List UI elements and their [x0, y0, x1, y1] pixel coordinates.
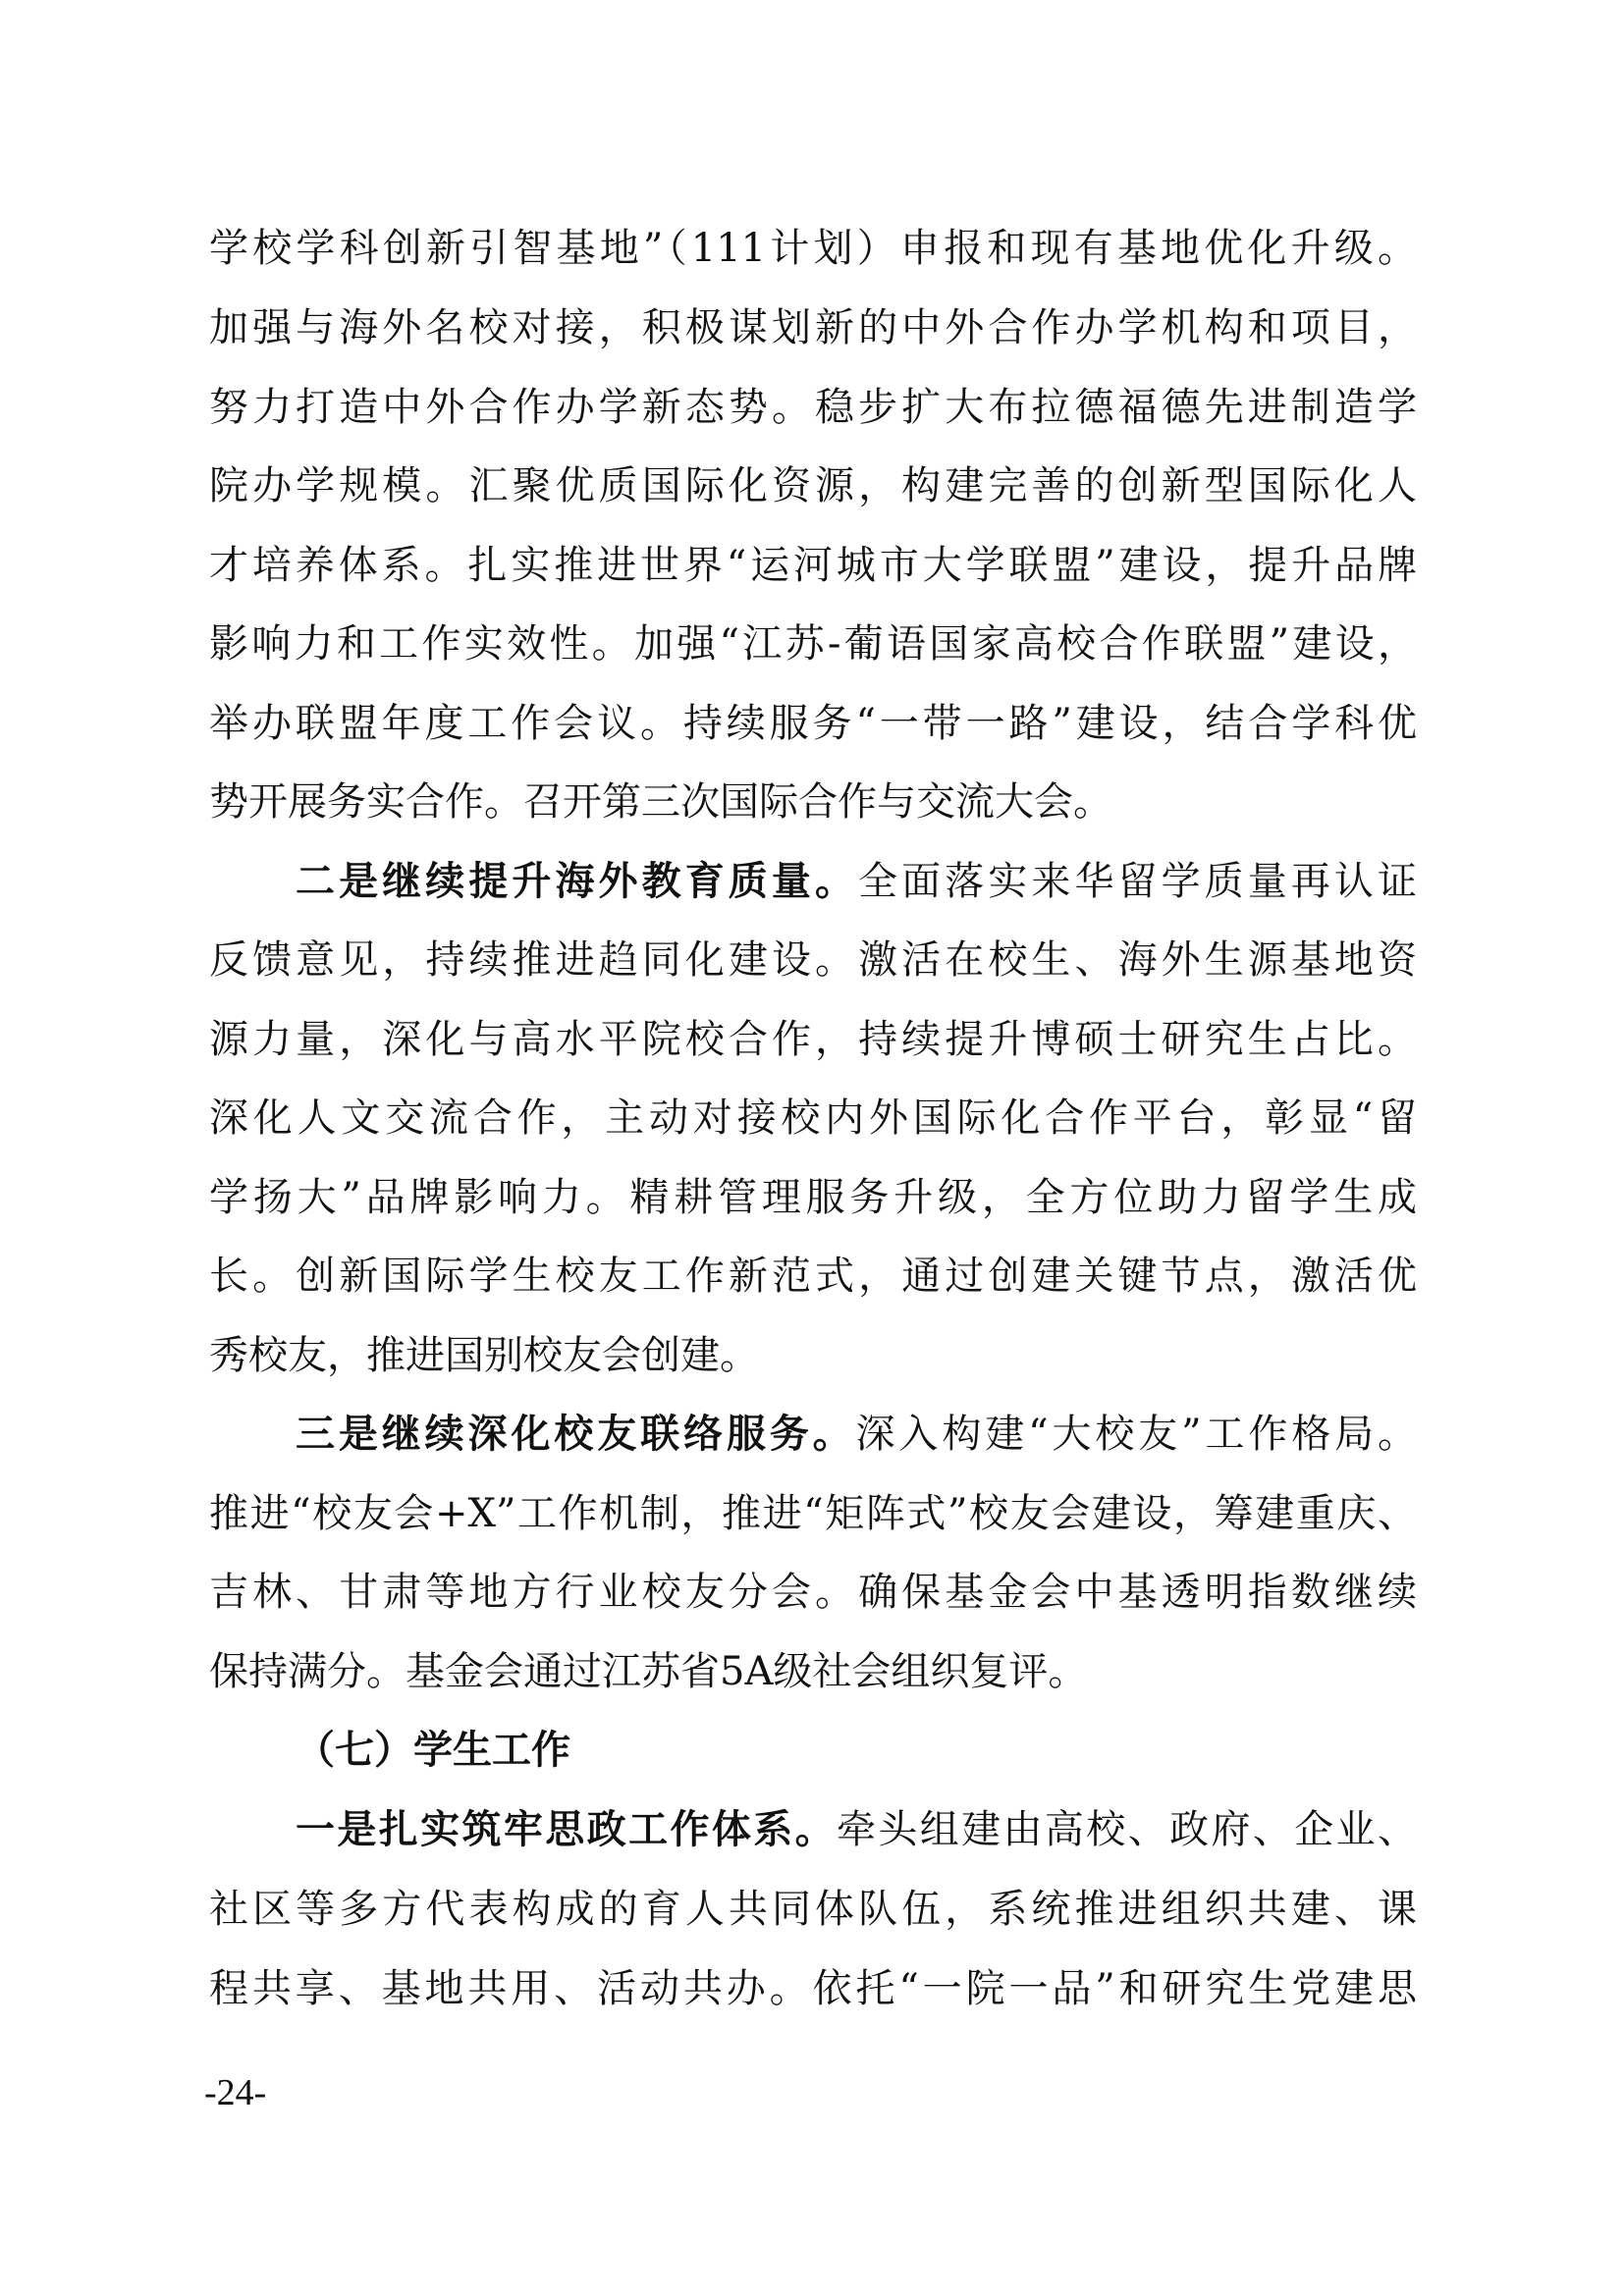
- paragraph-text: 全面落实来华留学质量再认证: [858, 859, 1417, 904]
- body-line: 反馈意见，持续推进趋同化建设。激活在校生、海外生源基地资: [209, 921, 1417, 999]
- paragraph-text: 牵头组建由高校、政府、企业、: [837, 1807, 1417, 1852]
- body-line: 学扬大”品牌影响力。精耕管理服务升级，全方位助力留学生成: [209, 1158, 1417, 1237]
- body-line: 学校学科创新引智基地”（111计划）申报和现有基地优化升级。: [209, 209, 1417, 288]
- body-line: 加强与海外名校对接，积极谋划新的中外合作办学机构和项目，: [209, 289, 1417, 367]
- paragraph-lead-bold: 一是扎实筑牢思政工作体系。: [296, 1807, 837, 1852]
- paragraph-lead-bold: 三是继续深化校友联络服务。: [296, 1412, 856, 1457]
- paragraph-first-line: 一是扎实筑牢思政工作体系。牵头组建由高校、政府、企业、: [296, 1790, 1417, 1869]
- body-line: 努力打造中外合作办学新态势。稳步扩大布拉德福德先进制造学: [209, 368, 1417, 447]
- paragraph-first-line: 三是继续深化校友联络服务。深入构建“大校友”工作格局。: [296, 1395, 1417, 1473]
- section-heading: （七）学生工作: [296, 1711, 1417, 1789]
- body-line: 推进“校友会+X”工作机制，推进“矩阵式”校友会建设，筹建重庆、: [209, 1474, 1417, 1553]
- body-line: 院办学规模。汇聚优质国际化资源，构建完善的创新型国际化人: [209, 447, 1417, 525]
- body-line: 长。创新国际学生校友工作新范式，通过创建关键节点，激活优: [209, 1237, 1417, 1315]
- document-page: 学校学科创新引智基地”（111计划）申报和现有基地优化升级。 加强与海外名校对接…: [0, 0, 1624, 2296]
- body-line: 社区等多方代表构成的育人共同体队伍，系统推进组织共建、课: [209, 1870, 1417, 1949]
- paragraph-first-line: 二是继续提升海外教育质量。全面落实来华留学质量再认证: [296, 842, 1417, 921]
- body-line: 影响力和工作实效性。加强“江苏-葡语国家高校合作联盟”建设，: [209, 605, 1417, 683]
- page-number: -24-: [204, 2073, 266, 2112]
- body-line: 源力量，深化与高水平院校合作，持续提升博硕士研究生占比。: [209, 1000, 1417, 1079]
- body-line: 秀校友，推进国别校友会创建。: [209, 1316, 1417, 1395]
- body-line: 才培养体系。扎实推进世界“运河城市大学联盟”建设，提升品牌: [209, 526, 1417, 605]
- body-line: 举办联盟年度工作会议。持续服务“一带一路”建设，结合学科优: [209, 684, 1417, 763]
- body-line: 吉林、甘肃等地方行业校友分会。确保基金会中基透明指数继续: [209, 1553, 1417, 1631]
- body-line: 保持满分。基金会通过江苏省5A级社会组织复评。: [209, 1632, 1417, 1711]
- body-line: 深化人文交流合作，主动对接校内外国际化合作平台，彰显“留: [209, 1079, 1417, 1157]
- paragraph-lead-bold: 二是继续提升海外教育质量。: [296, 859, 858, 904]
- paragraph-text: 深入构建“大校友”工作格局。: [856, 1412, 1417, 1457]
- body-line: 势开展务实合作。召开第三次国际合作与交流大会。: [209, 763, 1417, 841]
- body-line: 程共享、基地共用、活动共办。依托“一院一品”和研究生党建思: [209, 1949, 1417, 2028]
